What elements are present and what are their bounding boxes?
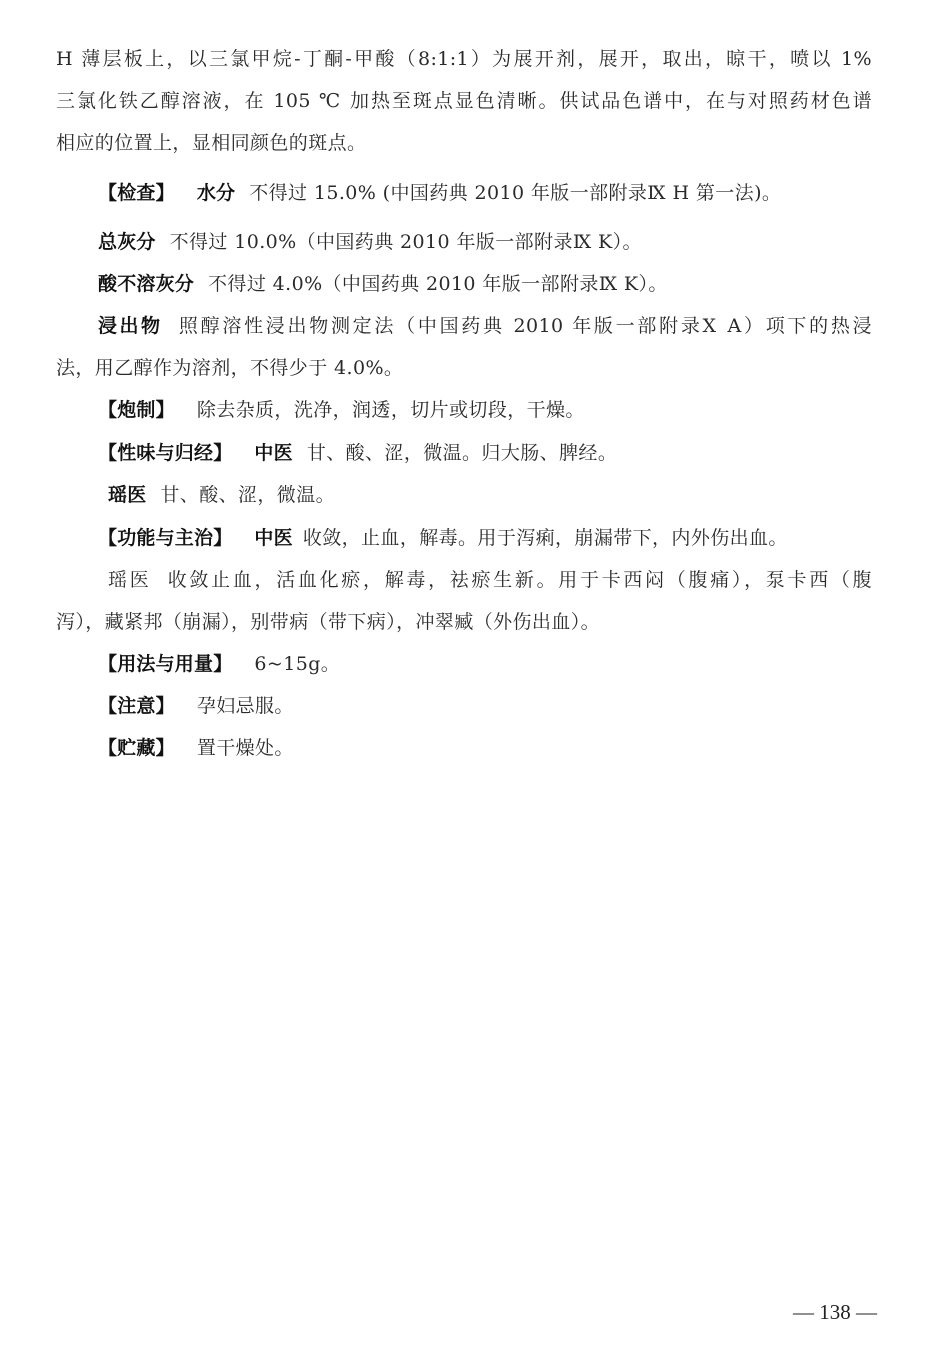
extract-line-2: 法，用乙醇作为溶剂，不得少于 4.0%。 (56, 356, 872, 380)
processing-heading: 【炮制】 (98, 399, 175, 421)
nature-flavor-line: 【性味与归经】中医甘、酸、涩，微温。归大肠、脾经。 (98, 441, 872, 465)
functions-tcm-label: 中医 (254, 527, 292, 549)
processing-text: 除去杂质，洗净，润透，切片或切段，干燥。 (197, 399, 585, 421)
document-page: H 薄层板上，以三氯甲烷-丁酮-甲酸（8:1:1）为展开剂，展开，取出，晾干，喷… (0, 0, 927, 1353)
moisture-label: 水分 (197, 182, 235, 204)
nature-tcm-text: 甘、酸、涩，微温。归大肠、脾经。 (307, 442, 617, 464)
usage-line: 【用法与用量】6~15g。 (98, 652, 872, 676)
extract-line-1: 浸出物照醇溶性浸出物测定法（中国药典 2010 年版一部附录Ⅹ A）项下的热浸 (98, 314, 872, 338)
nature-tcm-label: 中医 (254, 442, 292, 464)
total-ash-label: 总灰分 (98, 231, 156, 253)
moisture-text: 不得过 15.0% (中国药典 2010 年版一部附录Ⅸ H 第一法)。 (249, 182, 781, 204)
usage-heading: 【用法与用量】 (98, 653, 232, 675)
processing-line: 【炮制】除去杂质，洗净，润透，切片或切段，干燥。 (98, 398, 872, 422)
inspection-moisture-line: 【检查】水分不得过 15.0% (中国药典 2010 年版一部附录Ⅸ H 第一法… (98, 181, 872, 205)
continuation-line-1: H 薄层板上，以三氯甲烷-丁酮-甲酸（8:1:1）为展开剂，展开，取出，晾干，喷… (56, 47, 872, 71)
acid-insoluble-ash-text: 不得过 4.0%（中国药典 2010 年版一部附录Ⅸ K）。 (208, 273, 668, 295)
functions-yao-label: 瑶医 (108, 569, 151, 591)
inspection-heading: 【检查】 (98, 182, 175, 204)
usage-text: 6~15g。 (254, 653, 340, 675)
functions-heading: 【功能与主治】 (98, 527, 232, 549)
nature-yao-label: 瑶医 (108, 484, 146, 506)
extract-text-1: 照醇溶性浸出物测定法（中国药典 2010 年版一部附录Ⅹ A）项下的热浸 (177, 315, 872, 337)
precautions-line: 【注意】孕妇忌服。 (98, 694, 872, 718)
total-ash-line: 总灰分不得过 10.0%（中国药典 2010 年版一部附录Ⅸ K）。 (98, 230, 872, 254)
acid-insoluble-ash-label: 酸不溶灰分 (98, 273, 194, 295)
nature-flavor-heading: 【性味与归经】 (98, 442, 232, 464)
functions-yao-text-1: 收敛止血，活血化瘀，解毒，祛瘀生新。用于卡西闷（腹痛），泵卡西（腹 (165, 569, 872, 591)
extract-label: 浸出物 (98, 315, 163, 337)
functions-tcm-text: 收敛，止血，解毒。用于泻痢，崩漏带下，内外伤出血。 (303, 527, 788, 549)
nature-yao-line: 瑶医甘、酸、涩，微温。 (108, 483, 872, 507)
total-ash-text: 不得过 10.0%（中国药典 2010 年版一部附录Ⅸ K）。 (170, 231, 642, 253)
storage-heading: 【贮藏】 (98, 737, 175, 759)
storage-line: 【贮藏】置干燥处。 (98, 736, 872, 760)
functions-line: 【功能与主治】中医收敛，止血，解毒。用于泻痢，崩漏带下，内外伤出血。 (98, 526, 872, 550)
precautions-text: 孕妇忌服。 (197, 695, 294, 717)
nature-yao-text: 甘、酸、涩，微温。 (160, 484, 335, 506)
functions-yao-line-2: 泻），藏紧邦（崩漏），别带病（带下病），冲翠臧（外伤出血）。 (56, 610, 872, 634)
storage-text: 置干燥处。 (197, 737, 294, 759)
precautions-heading: 【注意】 (98, 695, 175, 717)
page-number: — 138 — (793, 1299, 877, 1325)
functions-yao-line-1: 瑶医收敛止血，活血化瘀，解毒，祛瘀生新。用于卡西闷（腹痛），泵卡西（腹 (108, 568, 872, 592)
continuation-line-3: 相应的位置上，显相同颜色的斑点。 (56, 131, 872, 155)
acid-insoluble-ash-line: 酸不溶灰分不得过 4.0%（中国药典 2010 年版一部附录Ⅸ K）。 (98, 272, 872, 296)
continuation-line-2: 三氯化铁乙醇溶液，在 105 ℃ 加热至斑点显色清晰。供试品色谱中，在与对照药材… (56, 89, 872, 113)
